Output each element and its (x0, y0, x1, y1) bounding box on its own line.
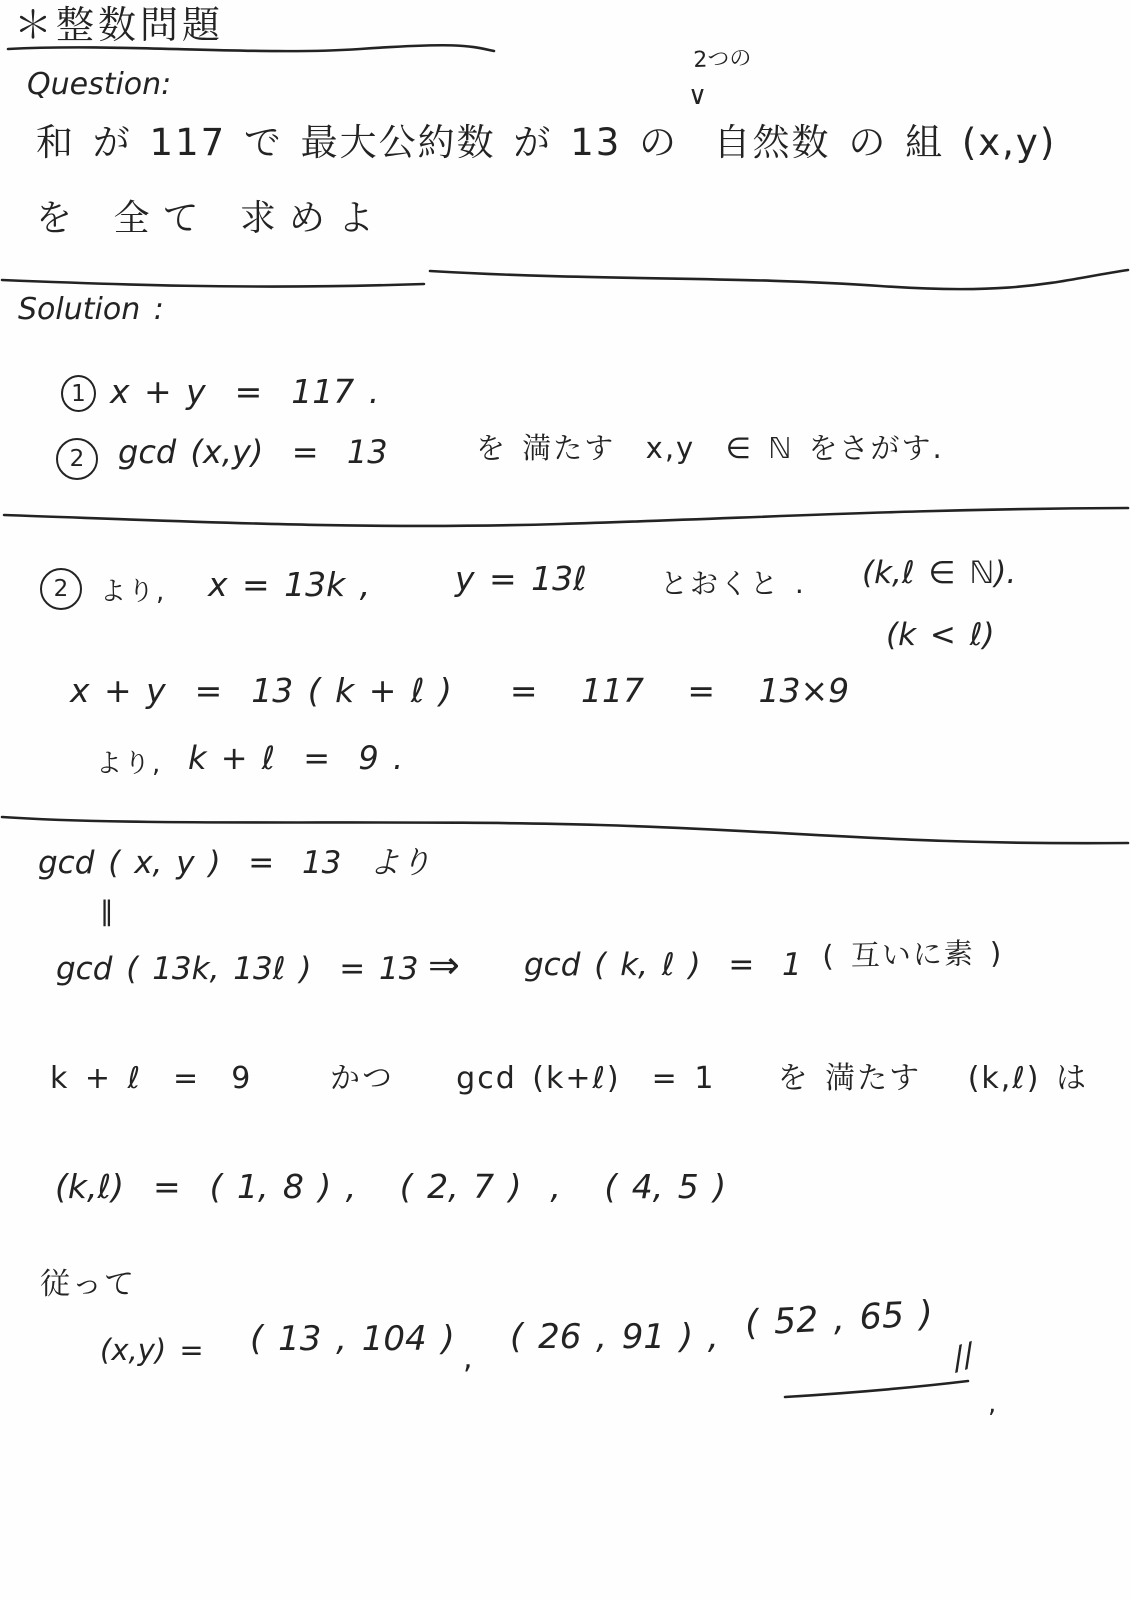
solution-heading: Solution : (18, 293, 164, 328)
implies-arrow-icon: ⇒ (428, 944, 460, 988)
gcd-expanded: gcd ( 13k, 13ℓ ) = 13 (56, 952, 419, 988)
question-divider-left (2, 280, 424, 287)
sum-result-lead: より, (96, 750, 162, 780)
conclusion-lead: 従って (40, 1268, 136, 1303)
question-divider-right (430, 270, 1128, 289)
sum-equation: x + y = 13 ( k + ℓ ) = 117 = 13×9 (70, 672, 849, 710)
answer-pair-2: ( 26 , 91 ) , (510, 1318, 719, 1357)
setup-y-definition: y = 13ℓ (455, 560, 587, 598)
handwritten-note-page: ＊整数問題 Question: 2つの ∨ 和 が 117 で 最大公約数 が … (0, 0, 1131, 1600)
trailing-comma-mark: , (988, 1390, 996, 1420)
setup-circled-marker: 2 (40, 568, 82, 610)
setup-lead: より, (100, 578, 166, 608)
step-1-circled-marker: 1 (61, 375, 96, 412)
end-of-proof-mark: // (948, 1338, 979, 1378)
sum-result: k + ℓ = 9 . (188, 740, 403, 777)
question-insertion-annotation: 2つの (693, 46, 752, 73)
answer-pair-3: ( 52 , 65 ) (744, 1294, 934, 1344)
gcd-condition-line: gcd ( x, y ) = 13 より (38, 846, 431, 882)
page-title: ＊整数問題 (14, 4, 224, 48)
setup-tail: とおくと . (660, 568, 806, 600)
question-heading: Question: (27, 68, 171, 103)
mid-divider (2, 817, 1128, 843)
step-2-note: を 満たす x,y ∈ ℕ をさがす. (476, 432, 944, 465)
gcd-reduced: gcd ( k, ℓ ) = 1 (524, 948, 802, 984)
setup-domain-note: (k,ℓ ∈ ℕ). (862, 556, 1016, 592)
setup-x-definition: x = 13k , (208, 566, 370, 604)
solution-divider (4, 508, 1128, 526)
caret-icon: ∨ (688, 82, 707, 112)
kl-pairs-line: (k,ℓ) = ( 1, 8 ) , ( 2, 7 ) , ( 4, 5 ) (55, 1168, 726, 1206)
answer-underline (785, 1381, 968, 1397)
step-2-formula: gcd (x,y) = 13 (118, 434, 388, 471)
conclusion-head: (x,y) = (100, 1334, 204, 1367)
step-1-formula: x + y = 117 . (110, 373, 379, 411)
answer-separator: , (463, 1342, 473, 1377)
coprime-note: ( 互いに素 ) (822, 937, 1004, 973)
question-line-1: 和 が 117 で 最大公約数 が 13 の 自然数 の 組 (x,y) (36, 122, 1056, 165)
step-2-circled-marker: 2 (56, 438, 98, 480)
candidates-condition-line: k + ℓ = 9 かつ gcd (k+ℓ) = 1 を 満たす (k,ℓ) は (50, 1062, 1088, 1097)
question-line-2: を 全て 求めよ (36, 198, 387, 239)
setup-order-note: (k < ℓ) (886, 618, 995, 654)
substitution-equal-mark: ‖ (100, 896, 114, 927)
answer-pair-1: ( 13 , 104 ) (250, 1320, 455, 1359)
